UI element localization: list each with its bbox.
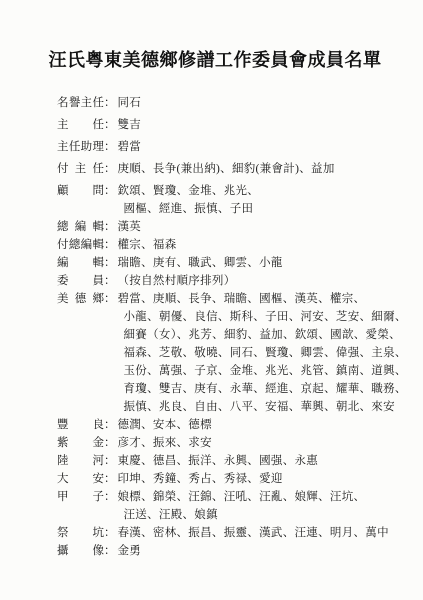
colon-separator: ： [104,94,116,112]
names-line: 彦才、振來、求安 [118,434,388,452]
role-label: 祭坑 [57,524,104,542]
names-line: 汪送、汪殿、娘鎮 [118,506,388,524]
colon-separator: ： [104,416,116,434]
colon-separator: ： [104,236,116,254]
names-line: 金勇 [118,542,388,560]
names-line: （按自然村順序排列） [118,272,388,290]
names-line: 同石 [118,94,388,112]
names-line: 德潤、安本、德標 [118,416,388,434]
committee-row: 甲子：娘標、錦榮、汪錦、汪吼、汪亂、娘輝、汪坑、汪送、汪殿、娘鎮 [57,488,387,524]
names-line: 玉份、萬强、子京、金堆、兆光、兆管、鎮南、道興、 [118,362,407,380]
role-label: 名譽主任 [57,94,104,112]
colon-separator: ： [104,542,116,560]
committee-row: 攝像：金勇 [57,542,387,560]
colon-separator: ： [104,272,116,290]
colon-separator: ： [104,452,116,470]
committee-row: 陸河：東慶、德昌、振洋、永興、國强、永惠 [57,452,387,470]
names-line: 國樞、經進、振慎、子田 [118,200,388,218]
names-content: 瑞瞻、庚有、職武、卿雲、小龍 [118,254,388,272]
committee-row: 付主任：庚順、長争(兼出納)、細豹(兼會計)、益加 [57,160,387,178]
committee-row: 祭坑：春漢、密林、振昌、振靈、漢武、汪連、明月、萬中 [57,524,387,542]
names-content: 雙吉 [118,116,388,134]
names-line: 振慎、兆良、自由、八平、安福、華興、朝北、來安 [118,398,407,416]
committee-row: 美德鄉：碧當、庚順、長争、瑞瞻、國樞、漢英、權宗、小龍、朝優、良信、斯科、子田、… [57,290,387,416]
names-line: 權宗、福森 [118,236,388,254]
committee-row: 委員：（按自然村順序排列） [57,272,387,290]
names-line: 東慶、德昌、振洋、永興、國强、永惠 [118,452,388,470]
role-label: 顧問 [57,182,104,200]
names-content: 碧當 [118,138,388,156]
names-line: 漢英 [118,218,388,236]
colon-separator: ： [104,182,116,200]
colon-separator: ： [104,160,116,178]
names-line: 福森、芝敬、敬曉、同石、賢瓊、卿雲、偉强、主泉、 [118,344,407,362]
committee-row: 顧問：欽頌、賢瓊、金堆、兆光、國樞、經進、振慎、子田 [57,182,387,218]
role-label: 付主任 [57,160,104,178]
names-line: 小龍、朝優、良信、斯科、子田、河安、芝安、細爾、 [118,308,407,326]
role-label: 編輯 [57,254,104,272]
colon-separator: ： [104,488,116,506]
names-content: 彦才、振來、求安 [118,434,388,452]
committee-row: 主任助理：碧當 [57,138,387,156]
role-label: 總編輯 [57,218,104,236]
committee-row: 編輯：瑞瞻、庚有、職武、卿雲、小龍 [57,254,387,272]
names-content: 金勇 [118,542,388,560]
names-line: 瑞瞻、庚有、職武、卿雲、小龍 [118,254,388,272]
names-content: 欽頌、賢瓊、金堆、兆光、國樞、經進、振慎、子田 [118,182,388,218]
names-line: 碧當 [118,138,388,156]
colon-separator: ： [104,218,116,236]
colon-separator: ： [104,470,116,488]
names-line: 雙吉 [118,116,388,134]
names-content: （按自然村順序排列） [118,272,388,290]
names-line: 欽頌、賢瓊、金堆、兆光、 [118,182,388,200]
committee-row: 總編輯：漢英 [57,218,387,236]
names-content: 娘標、錦榮、汪錦、汪吼、汪亂、娘輝、汪坑、汪送、汪殿、娘鎮 [118,488,388,524]
names-line: 印坤、秀鐘、秀占、秀禄、愛迎 [118,470,388,488]
role-label: 甲子 [57,488,104,506]
role-label: 主任 [57,116,104,134]
names-content: 德潤、安本、德標 [118,416,388,434]
committee-row: 主任：雙吉 [57,116,387,134]
colon-separator: ： [104,254,116,272]
names-content: 漢英 [118,218,388,236]
names-content: 東慶、德昌、振洋、永興、國强、永惠 [118,452,388,470]
committee-row: 大安：印坤、秀鐘、秀占、秀禄、愛迎 [57,470,387,488]
names-line: 娘標、錦榮、汪錦、汪吼、汪亂、娘輝、汪坑、 [118,488,388,506]
names-line: 春漢、密林、振昌、振靈、漢武、汪連、明月、萬中 [118,524,389,542]
document-title: 汪氏粤東美德鄉修譜工作委員會成員名單 [43,46,387,72]
role-label: 委員 [57,272,104,290]
colon-separator: ： [104,116,116,134]
committee-row: 紫金：彦才、振來、求安 [57,434,387,452]
names-content: 印坤、秀鐘、秀占、秀禄、愛迎 [118,470,388,488]
colon-separator: ： [104,524,116,542]
role-label: 大安 [57,470,104,488]
names-line: 庚順、長争(兼出納)、細豹(兼會計)、益加 [118,160,388,178]
committee-row: 豐良：德潤、安本、德標 [57,416,387,434]
colon-separator: ： [104,434,116,452]
role-label: 紫金 [57,434,104,452]
names-content: 同石 [118,94,388,112]
role-label: 主任助理 [57,138,104,156]
colon-separator: ： [104,290,116,308]
role-label: 付總編輯 [57,236,104,254]
document-page: 汪氏粤東美德鄉修譜工作委員會成員名單 名譽主任：同石主任：雙吉主任助理：碧當付主… [0,0,423,600]
names-content: 碧當、庚順、長争、瑞瞻、國樞、漢英、權宗、小龍、朝優、良信、斯科、子田、河安、芝… [118,290,407,416]
committee-row: 名譽主任：同石 [57,94,387,112]
names-content: 權宗、福森 [118,236,388,254]
role-label: 陸河 [57,452,104,470]
role-label: 豐良 [57,416,104,434]
role-label: 攝像 [57,542,104,560]
names-content: 春漢、密林、振昌、振靈、漢武、汪連、明月、萬中 [118,524,389,542]
names-line: 細賽（女）、兆芳、細豹、益加、欽頌、國歆、愛榮、 [118,326,407,344]
committee-row: 付總編輯：權宗、福森 [57,236,387,254]
names-line: 育瓊、雙吉、庚有、永華、經進、京起、耀華、職務、 [118,380,407,398]
member-list: 名譽主任：同石主任：雙吉主任助理：碧當付主任：庚順、長争(兼出納)、細豹(兼會計… [57,94,387,560]
names-content: 庚順、長争(兼出納)、細豹(兼會計)、益加 [118,160,388,178]
role-label: 美德鄉 [57,290,104,308]
colon-separator: ： [104,138,116,156]
names-line: 碧當、庚順、長争、瑞瞻、國樞、漢英、權宗、 [118,290,407,308]
